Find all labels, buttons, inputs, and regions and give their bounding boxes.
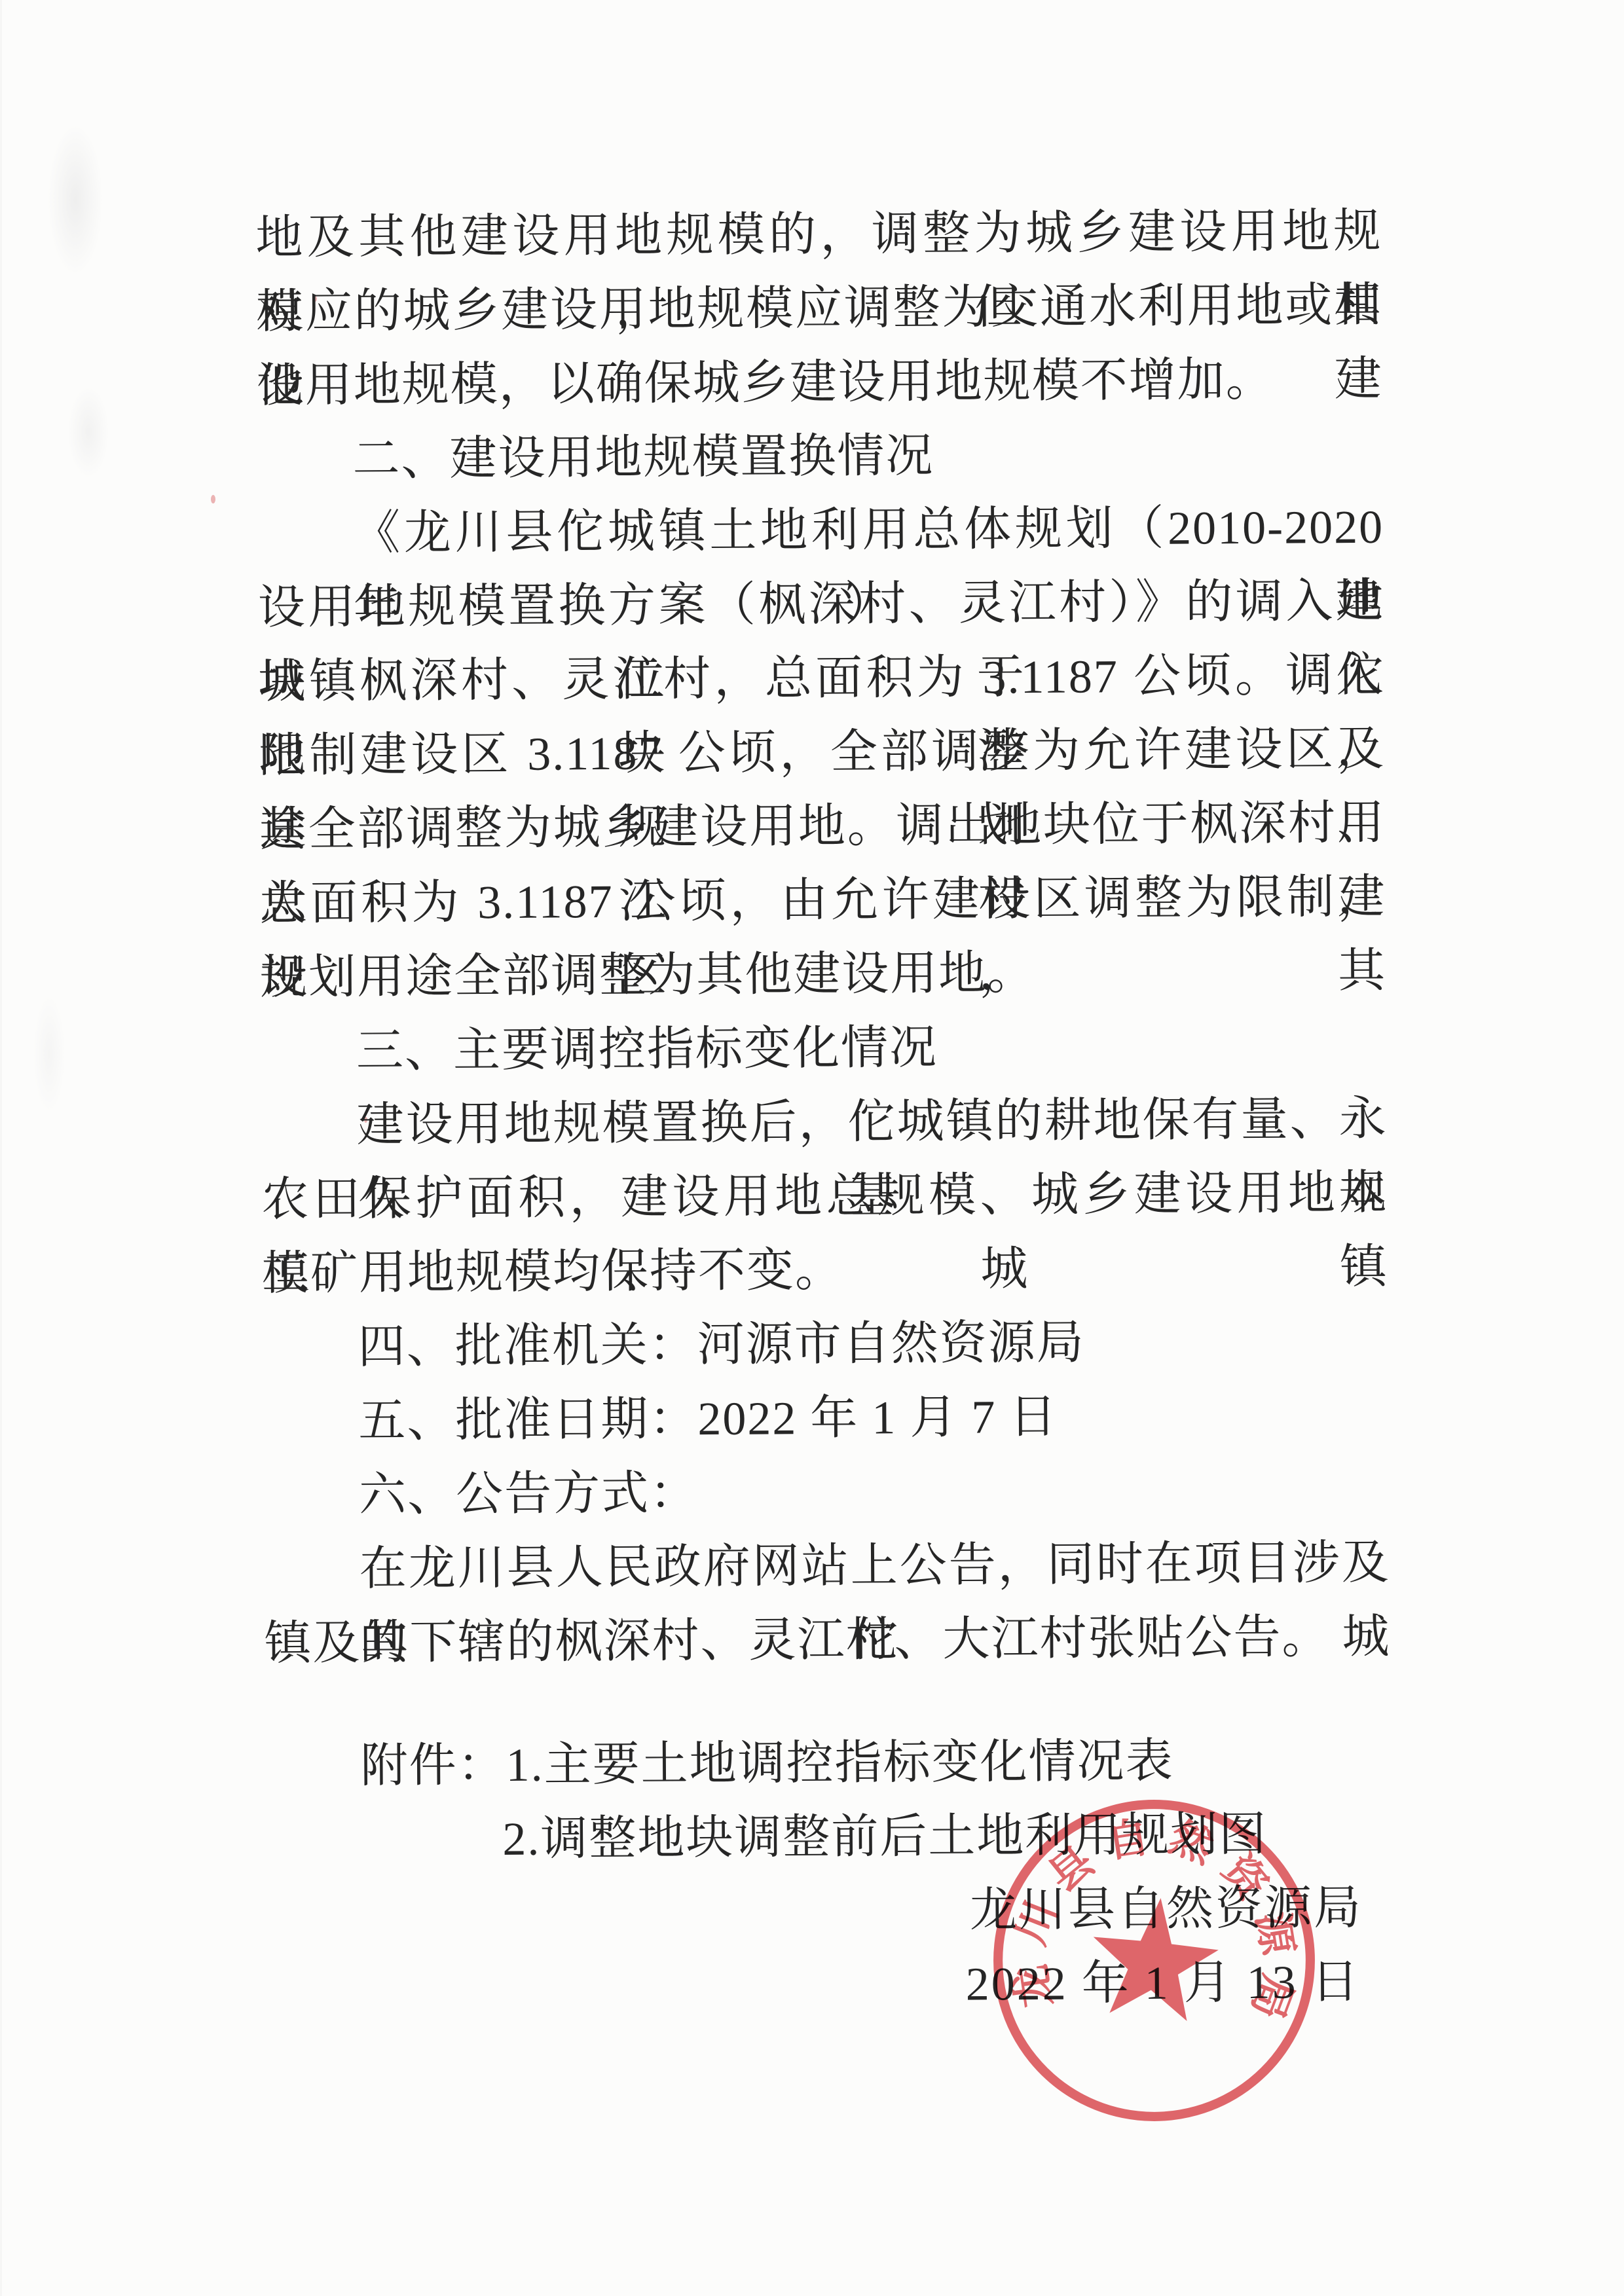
attachment-item-1: 1.主要土地调控指标变化情况表 [506, 1735, 1173, 1791]
document-line: 设用地规模置换方案（枫深村、灵江村）》的调入地块位于佗 [257, 564, 1384, 646]
scan-smudge [59, 367, 118, 498]
scan-smudge [26, 969, 72, 1139]
document-line: 途全部调整为城乡建设用地。调出地块位于枫深村、大江村， [259, 786, 1386, 867]
seal-star-icon [1086, 1891, 1223, 2024]
document-line: 总面积为 3.1187 公顷，由允许建设区调整为限制建设区，其 [259, 860, 1386, 941]
document-line: 限制建设区 3.1187 公顷，全部调整为允许建设区，其规划用 [259, 712, 1386, 793]
document-body: 地及其他建设用地规模的，调整为城乡建设用地规模，但相 对应的城乡建设用地规模应调… [255, 194, 1393, 2026]
section-heading-2: 二、建设用地规模置换情况 [257, 416, 1384, 498]
document-line: 《龙川县佗城镇土地利用总体规划（2010-2020 年）建 [257, 490, 1384, 572]
document-line: 镇及其下辖的枫深村、灵江村、大江村张贴公告。 [264, 1600, 1391, 1681]
scan-speck [211, 495, 215, 503]
attachment-line-1: 附件：1.主要土地调控指标变化情况表 [265, 1723, 1392, 1804]
document-line: 城镇枫深村、灵江村，总面积为 3.1187 公顷。调入地块涉及 [258, 638, 1385, 720]
document-line: 对应的城乡建设用地规模应调整为交通水利用地或其他建 [256, 268, 1383, 350]
document-line: 在龙川县人民政府网站上公告，同时在项目涉及的佗城 [263, 1526, 1390, 1607]
section-heading-3: 三、主要调控指标变化情况 [261, 1008, 1388, 1089]
scan-smudge [36, 92, 115, 308]
official-seal: 龙川县自然资源局 [972, 1779, 1336, 2142]
seal-graphic: 龙川县自然资源局 [972, 1779, 1336, 2142]
document-line: 设用地规模，以确保城乡建设用地规模不增加。 [256, 342, 1383, 424]
approval-date-line: 五、批准日期：2022 年 1 月 7 日 [263, 1378, 1390, 1459]
attachment-label: 附件： [360, 1739, 506, 1792]
document-line: 建设用地规模置换后，佗城镇的耕地保有量、永久基本 [261, 1082, 1388, 1163]
document-line: 地及其他建设用地规模的，调整为城乡建设用地规模，但相 [255, 194, 1382, 276]
approval-authority-line: 四、批准机关：河源市自然资源局 [262, 1304, 1389, 1385]
document-line: 农田保护面积，建设用地总规模、城乡建设用地规模、城镇 [261, 1156, 1388, 1237]
scanned-page: 地及其他建设用地规模的，调整为城乡建设用地规模，但相 对应的城乡建设用地规模应调… [0, 0, 1624, 2296]
blank-line [265, 1674, 1391, 1730]
section-heading-6: 六、公告方式： [263, 1452, 1390, 1533]
